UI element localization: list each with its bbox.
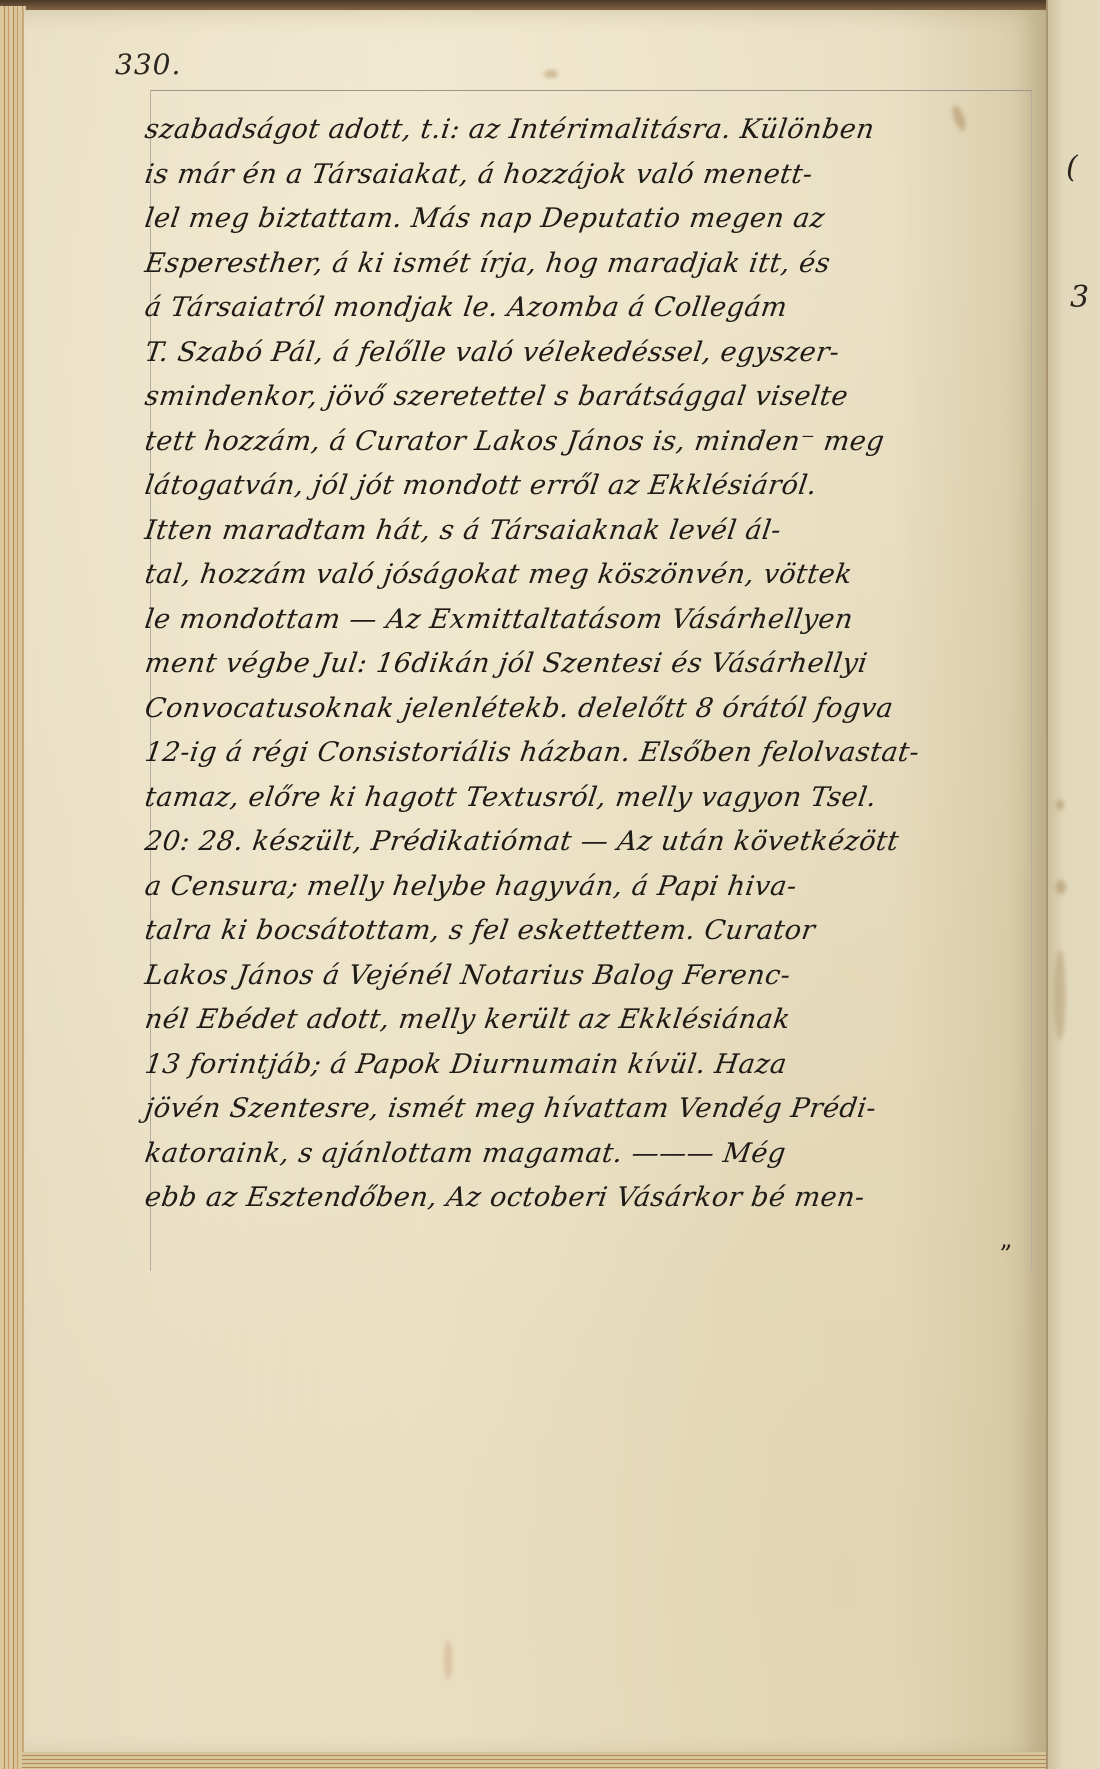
facing-page-edge: ( 3: [1046, 0, 1100, 1769]
facing-page-mark: (: [1066, 150, 1078, 185]
manuscript-line: á Társaiatról mondjak le. Azomba á Colle…: [142, 286, 1048, 331]
manuscript-line: Itten maradtam hát, s á Társaiaknak levé…: [142, 509, 1048, 554]
manuscript-line: ebb az Esztendőben, Az octoberi Vásárkor…: [142, 1176, 1048, 1221]
page-number: 330.: [115, 48, 181, 81]
manuscript-line: is már én a Társaiakat, á hozzájok való …: [142, 153, 1048, 198]
manuscript-line: Convocatusoknak jelenlétekb. delelőtt 8 …: [142, 687, 1048, 732]
continuation-mark: „: [1000, 1225, 1012, 1253]
manuscript-line: T. Szabó Pál, á felőlle való vélekedésse…: [142, 331, 1048, 376]
manuscript-line: le mondottam — Az Exmittaltatásom Vásárh…: [142, 598, 1048, 643]
manuscript-line: tamaz, előre ki hagott Textusról, melly …: [142, 776, 1048, 821]
ink-stain: [1054, 950, 1066, 1040]
manuscript-text: szabadságot adott, t.i: az Intérimalitás…: [145, 108, 1045, 1221]
manuscript-line: tett hozzám, á Curator Lakos János is, m…: [142, 420, 1048, 465]
ink-stain: [544, 70, 558, 78]
manuscript-line: Esperesther, á ki ismét írja, hog maradj…: [142, 242, 1048, 287]
manuscript-line: jövén Szentesre, ismét meg hívattam Vend…: [142, 1087, 1048, 1132]
manuscript-line: 20: 28. készült, Prédikatiómat — Az után…: [142, 820, 1048, 865]
ink-stain: [444, 1640, 452, 1680]
manuscript-line: ment végbe Jul: 16dikán jól Szentesi és …: [142, 642, 1048, 687]
page-bottom-edges: [22, 1752, 1046, 1769]
ink-stain: [1056, 800, 1064, 810]
manuscript-line: Lakos János á Vejénél Notarius Balog Fer…: [142, 954, 1048, 999]
ink-stain: [1056, 880, 1066, 894]
manuscript-line: smindenkor, jövő szeretettel s barátságg…: [142, 375, 1048, 420]
manuscript-line: tal, hozzám való jóságokat meg köszönvén…: [142, 553, 1048, 598]
manuscript-line: nél Ebédet adott, melly került az Ekklés…: [142, 998, 1048, 1043]
manuscript-line: látogatván, jól jót mondott erről az Ekk…: [142, 464, 1048, 509]
manuscript-line: szabadságot adott, t.i: az Intérimalitás…: [142, 108, 1048, 153]
manuscript-line: 12-ig á régi Consistoriális házban. Első…: [142, 731, 1048, 776]
manuscript-line: talra ki bocsátottam, s fel eskettettem.…: [142, 909, 1048, 954]
facing-page-mark: 3: [1070, 280, 1089, 315]
manuscript-line: katoraink, s ajánlottam magamat. ——— Még: [142, 1132, 1048, 1177]
manuscript-line: 13 forintjáb; á Papok Diurnumain kívül. …: [142, 1043, 1048, 1088]
manuscript-line: lel meg biztattam. Más nap Deputatio meg…: [142, 197, 1048, 242]
manuscript-line: a Censura; melly helybe hagyván, á Papi …: [142, 865, 1048, 910]
